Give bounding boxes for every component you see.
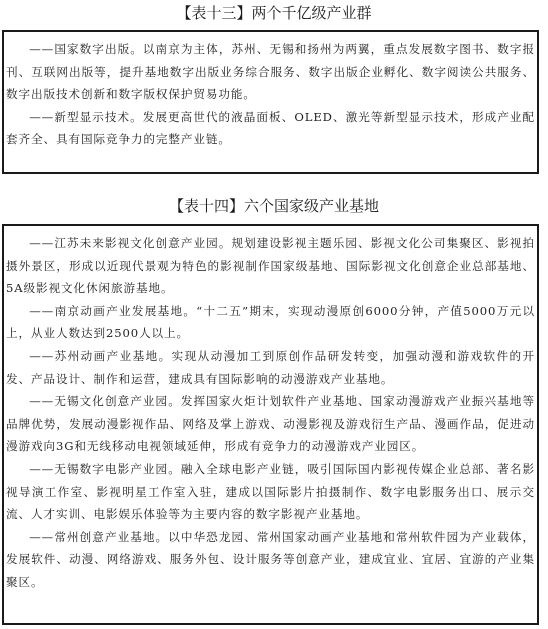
paragraph-suzhou-animation: ——苏州动画产业基地。实现从动漫加工到原创作品研发转变，加强动漫和游戏软件的开发…: [4, 345, 537, 390]
paragraph-new-display-tech: ——新型显示技术。发展更高世代的液晶面板、OLED、激光等新型显示技术，形成产业…: [4, 106, 537, 151]
table-13-box: ——国家数字出版。以南京为主体，苏州、无锡和扬州为两翼，重点发展数字图书、数字报…: [2, 30, 539, 174]
table-14-box: ——江苏未来影视文化创意产业园。规划建设影视主题乐园、影视文化公司集聚区、影视拍…: [2, 224, 539, 625]
table-13-title: 【表十三】两个千亿级产业群: [0, 2, 548, 23]
table-14-title: 【表十四】六个国家级产业基地: [0, 195, 548, 216]
paragraph-nanjing-animation: ——南京动画产业发展基地。“十二五”期末，实现动漫原创6000分钟，产值5000…: [4, 300, 537, 345]
paragraph-wuxi-digital-film: ——无锡数字电影产业园。融入全球电影产业链，吸引国际国内影视传媒企业总部、著名影…: [4, 458, 537, 526]
paragraph-digital-publishing: ——国家数字出版。以南京为主体，苏州、无锡和扬州为两翼，重点发展数字图书、数字报…: [4, 38, 537, 106]
paragraph-jiangsu-film-park: ——江苏未来影视文化创意产业园。规划建设影视主题乐园、影视文化公司集聚区、影视拍…: [4, 232, 537, 300]
paragraph-wuxi-creative-park: ——无锡文化创意产业园。发挥国家火炬计划软件产业基地、国家动漫游戏产业振兴基地等…: [4, 390, 537, 458]
paragraph-changzhou-creative: ——常州创意产业基地。以中华恐龙园、常州国家动画产业基地和常州软件园为产业载体，…: [4, 526, 537, 594]
